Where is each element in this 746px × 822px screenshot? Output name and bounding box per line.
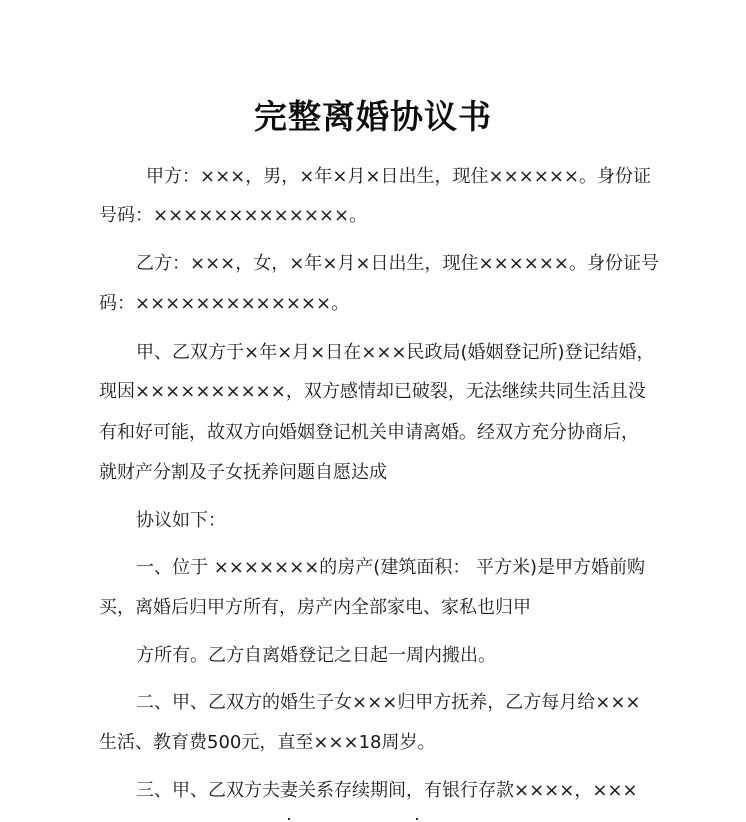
document-title: 完整离婚协议书 xyxy=(0,94,746,140)
clause-3-line-1: 三、甲、乙双方夫妻关系存续期间，有银行存款××××，××× xyxy=(136,778,638,804)
party-b-line-2: 码：×××××××××××××。 xyxy=(99,291,349,317)
marriage-line-3: 有和好可能，故双方向婚姻登记机关申请离婚。经双方充分协商后， xyxy=(99,420,639,446)
party-b-line-1: 乙方：×××，女，×年×月×日出生，现住××××××。身份证号 xyxy=(136,251,659,277)
cut-off-glyph-fragment xyxy=(288,818,290,820)
clause-1-line-1: 一、位于 ×××××××的房产(建筑面积： 平方米)是甲方婚前购 xyxy=(136,555,645,581)
cut-off-glyph-fragment xyxy=(416,818,418,820)
document-page: 完整离婚协议书 甲方：×××，男，×年×月×日出生，现住××××××。身份证 号… xyxy=(0,0,746,822)
marriage-line-4: 就财产分割及子女抚养问题自愿达成 xyxy=(99,460,387,486)
marriage-line-2: 现因××××××××××，双方感情却已破裂，无法继续共同生活且没 xyxy=(99,379,646,405)
clause-1-line-3: 方所有。乙方自离婚登记之日起一周内搬出。 xyxy=(136,643,496,669)
clause-2-line-2: 生活、教育费500元，直至×××18周岁。 xyxy=(99,730,436,756)
party-a-line-1: 甲方：×××，男，×年×月×日出生，现住××××××。身份证 xyxy=(146,164,651,190)
party-a-line-2: 号码：×××××××××××××。 xyxy=(99,203,367,229)
clause-1-line-2: 买，离婚后归甲方所有，房产内全部家电、家私也归甲 xyxy=(99,595,531,621)
clause-2-line-1: 二、甲、乙双方的婚生子女×××归甲方抚养，乙方每月给××× xyxy=(136,690,641,716)
marriage-line-1: 甲、乙双方于×年×月×日在×××民政局(婚姻登记所)登记结婚， xyxy=(136,340,655,366)
agreement-intro: 协议如下： xyxy=(136,508,226,534)
